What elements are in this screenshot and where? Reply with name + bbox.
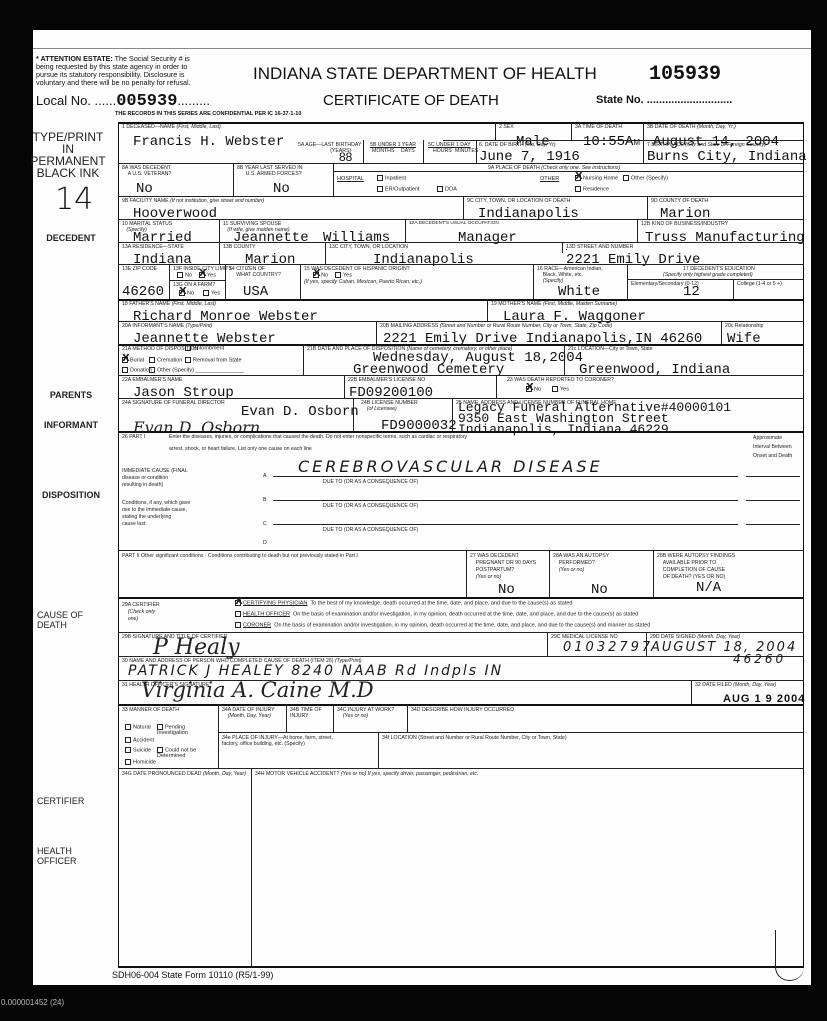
local-no-value: 005939 <box>116 92 177 111</box>
medical-license: 01032797 <box>563 640 653 655</box>
local-no: Local No. ......005939......... <box>36 92 210 111</box>
part-1-instructions: Enter the diseases, injuries, or complic… <box>169 434 467 452</box>
divider <box>637 219 638 242</box>
label-disposition-location: 21c LOCATION—City or Town, State <box>568 346 653 352</box>
rule <box>118 264 804 265</box>
label-part-1: 26 PART I <box>122 434 145 440</box>
rule <box>118 656 804 657</box>
label-race: 16 RACE—American Indian, Black, White, e… <box>537 266 603 284</box>
label-res-city: 13c CITY, TOWN, OR LOCATION <box>329 244 408 250</box>
interval-b <box>746 500 800 501</box>
checkbox-certifying-physician[interactable]: CERTIFYING PHYSICIAN To the best of my k… <box>235 600 572 606</box>
rule <box>169 280 225 281</box>
line-a <box>273 476 738 477</box>
handwritten-page-number: 14 <box>55 182 93 217</box>
checkbox-hispanic-yes[interactable]: Yes <box>335 272 352 278</box>
label-date-pronounced: 34g DATE PRONOUNCED DEAD (Month, Day, Ye… <box>122 771 246 777</box>
label-embalmer: 22a EMBALMER'S NAME <box>122 377 182 383</box>
divider <box>643 123 644 163</box>
label-pregnant: 27 WAS DECEDENT PREGNANT OR 90 DAYS POST… <box>470 553 536 581</box>
divider <box>571 123 572 140</box>
due-to-a: DUE TO (OR AS A CONSEQUENCE OF) <box>323 479 418 485</box>
divider <box>333 163 334 197</box>
line-b-marker: b <box>263 497 266 503</box>
label-time-of-death: 3a TIME OF DEATH <box>575 124 622 130</box>
divider <box>733 279 734 299</box>
divider <box>495 123 496 140</box>
checkbox-health-officer[interactable]: HEALTH OFFICER On the basis of examinati… <box>235 611 638 617</box>
checkbox-other-disposition[interactable]: Other (Specify) ________________ <box>149 367 244 373</box>
margin-handwriting-mark <box>775 930 804 981</box>
divider <box>691 680 692 704</box>
section-certifier: CERTIFIER <box>31 796 97 806</box>
health-officer-signature: Virginia A. Caine M.D <box>141 678 374 702</box>
checkbox-natural[interactable]: Natural <box>125 724 151 730</box>
rule <box>118 196 804 197</box>
label-hours: Hours <box>433 148 452 154</box>
label-date-filed: 32 DATE FILED (Month, Day, Year) <box>695 682 776 688</box>
section-informant: INFORMANT <box>31 420 111 430</box>
divider <box>405 219 406 242</box>
rule <box>118 375 804 376</box>
label-embalmer-license: 22b EMBALMER'S LICENSE NO <box>348 377 425 383</box>
rule <box>118 431 804 433</box>
checkbox-entombment[interactable]: Entombment <box>185 345 224 351</box>
checkbox-donation[interactable]: Donation <box>122 367 152 373</box>
divider <box>300 264 301 299</box>
label-informant: 20a INFORMANT'S NAME (Type/Print) <box>122 323 212 329</box>
form-identifier: SDH06-004 State Form 10110 (R5/1-99) <box>112 970 273 980</box>
label-interval: ApproximateInterval BetweenOnset and Dea… <box>753 434 792 461</box>
label-citizen: 14 CITIZEN OF WHAT COUNTRY? <box>229 266 281 278</box>
label-res-county: 13b COUNTY <box>223 244 256 250</box>
rule <box>118 550 804 551</box>
label-manner-of-death: 33 MANNER OF DEATH <box>122 707 179 713</box>
divider <box>219 219 220 242</box>
rule <box>118 632 804 633</box>
checkbox-er-outpatient[interactable]: ER/Outpatient <box>377 186 420 192</box>
divider <box>466 550 467 597</box>
checkbox-residence[interactable]: Residence <box>575 186 609 192</box>
label-mother: 19 MOTHER'S NAME (First, Middle, Maiden … <box>491 301 617 307</box>
divider <box>564 344 565 375</box>
divider <box>653 550 654 597</box>
rule <box>118 299 804 301</box>
type-print-instruction: TYPE/PRINT IN PERMANENT BLACK INK <box>23 131 113 179</box>
label-date-of-injury: 34a DATE OF INJURY (Month, Day, Year) <box>222 707 275 719</box>
checkbox-removal[interactable]: Removal from State <box>185 357 242 363</box>
checkbox-hispanic-no[interactable]: No <box>313 272 328 278</box>
label-describe-injury: 34d DESCRIBE HOW INJURY OCCURRED <box>411 707 514 713</box>
section-parents: PARENTS <box>31 390 111 400</box>
section-decedent: DECEDENT <box>31 233 111 243</box>
checkbox-nursing-home[interactable]: Nursing Home <box>575 175 618 181</box>
checkbox-farm-no[interactable]: No <box>179 290 194 296</box>
confidential-notice: THE RECORDS IN THIS SERIES ARE CONFIDENT… <box>115 111 301 117</box>
due-to-b: DUE TO (OR AS A CONSEQUENCE OF) <box>323 503 418 509</box>
completer-zip: 46260 <box>733 652 786 666</box>
agency-name: INDIANA STATE DEPARTMENT OF HEALTH <box>253 64 597 84</box>
divider <box>721 321 722 344</box>
checkbox-coroner-no[interactable]: No <box>526 386 541 392</box>
label-street: 13d STREET AND NUMBER <box>566 244 633 250</box>
divider <box>562 242 563 253</box>
label-months: Months <box>372 148 394 154</box>
divider <box>647 196 648 219</box>
label-time-of-injury: 34b TIME OF INJURY <box>290 707 335 719</box>
rule <box>218 732 803 733</box>
rule <box>118 242 804 243</box>
label-underlying-conditions: Conditions, if any, which gaverise to th… <box>122 500 190 528</box>
checkbox-pending[interactable]: Pending Investigation <box>157 724 197 736</box>
label-immediate-cause: IMMEDIATE CAUSE (Finaldisease or conditi… <box>122 468 188 489</box>
divider <box>286 704 287 732</box>
certificate-page: * ATTENTION ESTATE: The Social Security … <box>33 30 811 985</box>
divider <box>363 140 364 163</box>
attention-notice: * ATTENTION ESTATE: The Social Security … <box>36 55 236 87</box>
certificate-number: 105939 <box>649 63 721 86</box>
race: White <box>558 285 600 300</box>
cause-a: CEREBROVASCULAR DISEASE <box>298 457 603 476</box>
label-place-of-injury: 34e PLACE OF INJURY—At home, farm, stree… <box>222 735 342 747</box>
divider <box>549 550 550 597</box>
divider <box>378 732 379 768</box>
rule <box>118 597 804 599</box>
divider <box>452 398 453 431</box>
rule <box>627 279 803 280</box>
checkbox-suicide[interactable]: Suicide <box>125 747 151 753</box>
section-health-officer: HEALTHOFFICER <box>31 846 97 866</box>
label-autopsy-findings: 28b WERE AUTOPSY FINDINGS AVAILABLE PRIO… <box>657 553 735 581</box>
label-year-served: 8b YEAR LAST SERVED IN U.S. ARMED FORCES… <box>237 165 302 177</box>
label-college: College (1-4 or 5 +) <box>737 281 782 287</box>
checkbox-coroner[interactable]: CORONER On the basis of examination and/… <box>235 622 650 628</box>
label-father: 18 FATHER'S NAME (First, Middle, Last) <box>122 301 216 307</box>
divider <box>547 632 548 656</box>
label-hispanic-hint: (If yes, specify Cuban, Mexican, Puerto … <box>304 279 434 285</box>
checkbox-inside-city-no[interactable]: No <box>177 272 192 278</box>
divider <box>423 140 424 163</box>
label-birthplace: 7 BIRTHPLACE (City and State or Foreign … <box>647 142 766 148</box>
divider <box>476 140 477 163</box>
veteran: No <box>136 182 153 197</box>
autopsy: No <box>591 583 608 598</box>
label-minutes: Minutes <box>455 148 478 154</box>
divider <box>646 632 647 656</box>
section-cause-of-death: CAUSE OFDEATH <box>31 610 97 630</box>
label-date-of-death: 3b DATE OF DEATH (Month, Day, Yr.) <box>647 124 736 130</box>
divider <box>169 264 170 299</box>
line-c <box>273 524 738 525</box>
rule <box>118 321 804 322</box>
line-d-marker: d <box>263 540 267 546</box>
year-served: No <box>273 182 290 197</box>
interval-a <box>746 476 800 477</box>
divider <box>487 299 488 321</box>
section-disposition: DISPOSITION <box>31 490 111 500</box>
label-mailing-address: 20b MAILING ADDRESS (Street and Number o… <box>380 323 612 329</box>
line-c-marker: c <box>263 521 267 527</box>
label-autopsy: 28a WAS AN AUTOPSY PERFORMED? (Yes or no… <box>553 553 609 574</box>
form-right-border <box>803 122 804 967</box>
label-veteran: 8a WAS DECEDENT A U.S. VETERAN? <box>122 165 171 177</box>
autopsy-findings: N/A <box>696 581 721 596</box>
citizenship: USA <box>243 285 268 300</box>
checkbox-inside-city-yes[interactable]: Yes <box>199 272 216 278</box>
due-to-c: DUE TO (OR AS A CONSEQUENCE OF) <box>323 527 418 533</box>
completer-name-address: PATRICK J HEALEY 8240 NAAB Rd Indpls IN <box>128 663 503 679</box>
zip-code: 46260 <box>122 285 164 300</box>
divider <box>325 242 326 264</box>
rule <box>118 219 804 220</box>
form-left-border <box>118 122 119 967</box>
label-injury-at-work: 34c INJURY AT WORK? (Yes or no) <box>337 707 394 719</box>
form-bottom-border <box>118 966 804 968</box>
divider <box>233 163 234 197</box>
label-license-number: 24b LICENSE NUMBER (of Licensee) <box>361 400 418 412</box>
label-county-of-death: 9d COUNTY OF DEATH <box>651 198 708 204</box>
label-occupation: 12a DECEDENT'S USUAL OCCUPATION <box>409 221 499 227</box>
label-certifier: 29a CERTIFIER (Check only one) <box>122 602 160 623</box>
checkbox-undetermined[interactable]: Could not be Determined <box>157 747 199 759</box>
label-reported-coroner: 23 WAS DEATH REPORTED TO CORONER? <box>507 377 614 383</box>
label-injury-location: 34f LOCATION (Street and Number or Rural… <box>382 735 567 741</box>
rule <box>118 704 804 706</box>
occupation: Manager <box>458 231 517 246</box>
label-business: 12b KIND OF BUSINESS/INDUSTRY <box>641 221 728 227</box>
label-days: Days <box>401 148 415 154</box>
rule <box>118 163 804 164</box>
rule <box>443 140 803 141</box>
checkbox-doa[interactable]: DOA <box>437 186 457 192</box>
divider <box>463 196 464 219</box>
label-zip: 13e ZIP CODE <box>122 266 157 272</box>
rule <box>118 398 804 399</box>
form-title: CERTIFICATE OF DEATH <box>323 92 499 109</box>
divider <box>344 375 345 398</box>
checkbox-inpatient[interactable]: Inpatient <box>377 175 406 181</box>
business: Truss Manufacturing <box>645 231 805 246</box>
divider <box>533 264 534 299</box>
checkbox-farm-yes[interactable]: Yes <box>203 290 220 296</box>
interval-c <box>746 524 800 525</box>
divider <box>376 321 377 344</box>
checkbox-other-specify[interactable]: Other (Specify) <box>623 175 668 181</box>
divider <box>219 242 220 264</box>
divider <box>225 264 226 299</box>
divider <box>333 704 334 732</box>
divider <box>407 704 408 732</box>
divider <box>251 768 252 966</box>
checkbox-burial[interactable]: Burial <box>122 357 144 363</box>
label-hospital: HOSPITAL <box>337 176 364 182</box>
age: 88 <box>339 150 352 164</box>
line-b <box>273 500 738 501</box>
divider <box>353 398 354 431</box>
label-director-signature: 24a SIGNATURE OF FUNERAL DIRECTOR <box>122 400 225 406</box>
deceased-name: Francis H. Webster <box>133 135 284 150</box>
time-of-death: 10:55AM <box>583 135 640 150</box>
education-elementary: 12 <box>683 285 700 300</box>
label-facility: 9b FACILITY NAME (If not institution, gi… <box>122 198 264 204</box>
label-dob: 6. DATE OF BIRTH (Mo, Day, Yr) <box>479 142 556 148</box>
state-no: State No. ............................ <box>596 94 732 106</box>
label-res-state: 13a RESIDENCE—STATE <box>122 244 184 250</box>
divider <box>627 264 628 299</box>
line-a-marker: a <box>263 473 266 479</box>
rule <box>118 768 804 769</box>
divider <box>303 344 304 375</box>
label-other: OTHER <box>540 176 559 182</box>
label-city-of-death: 9c CITY, TOWN, OR LOCATION OF DEATH <box>467 198 570 204</box>
pregnant: No <box>498 583 515 598</box>
checkbox-coroner-yes[interactable]: Yes <box>552 386 569 392</box>
label-education-hint: (Specify only highest grade completed) <box>663 272 753 278</box>
checkbox-cremation[interactable]: Cremation <box>149 357 182 363</box>
label-relationship: 20c Relationship <box>725 323 763 329</box>
label-sex: 2 SEX <box>499 124 514 130</box>
label-deceased-name: 1 DECEASED—NAME (First, Middle, Last) <box>122 124 221 130</box>
rule <box>333 171 803 172</box>
checkbox-accident[interactable]: Accident <box>125 737 154 743</box>
divider <box>496 375 497 398</box>
label-part-2: PART II Other significant conditions - C… <box>122 553 358 559</box>
divider <box>218 704 219 768</box>
top-rule <box>33 48 811 49</box>
checkbox-homicide[interactable]: Homicide <box>125 759 156 765</box>
label-motor-vehicle: 34h MOTOR VEHICLE ACCIDENT? (Yes or no) … <box>255 771 478 777</box>
scan-identifier: 0.000001452 (24) <box>1 998 64 1007</box>
